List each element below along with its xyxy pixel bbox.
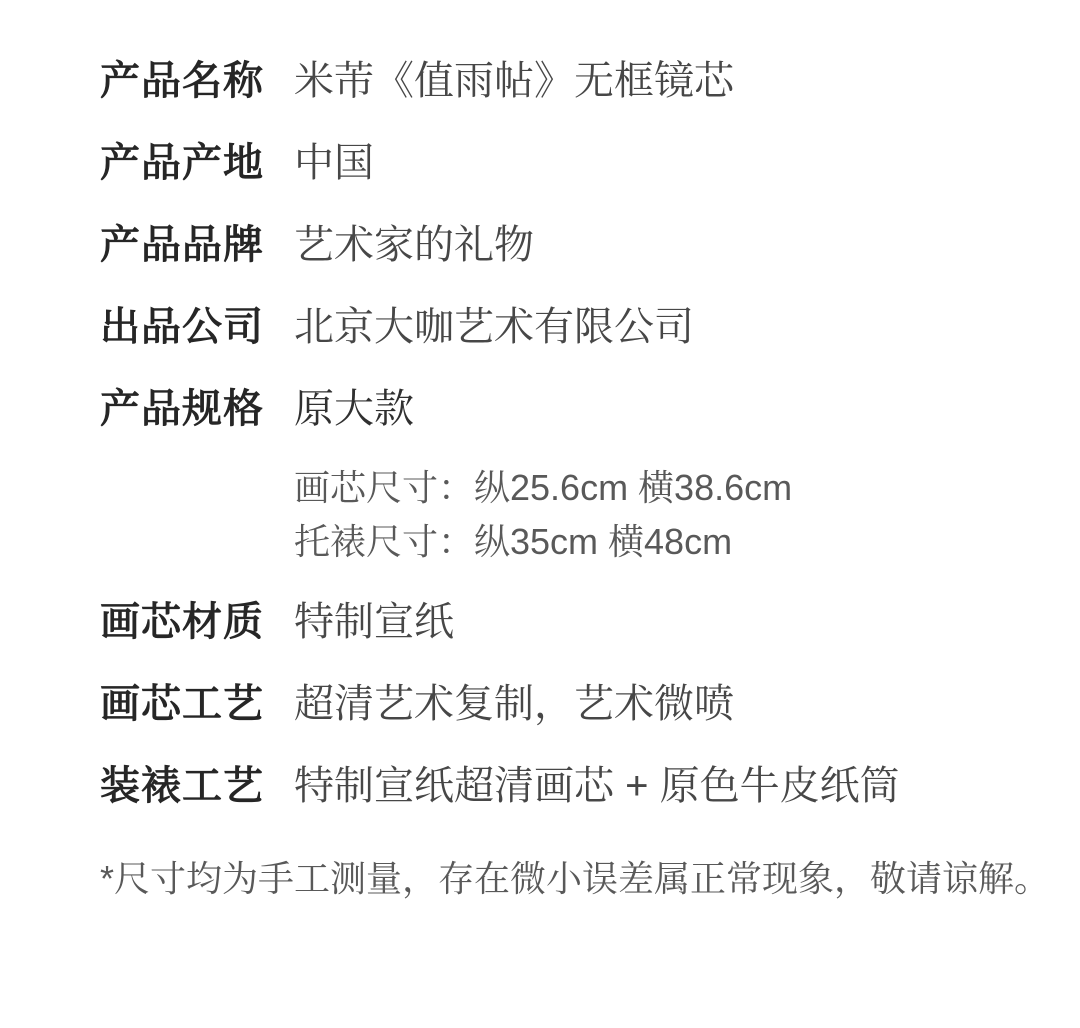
spec-row-mounting: 装裱工艺 特制宣纸超清画芯 + 原色牛皮纸筒 (100, 766, 1020, 806)
spec-value: 中国 (294, 143, 374, 183)
spec-label: 画芯工艺 (100, 684, 270, 724)
spec-row-company: 出品公司 北京大咖艺术有限公司 (100, 307, 1020, 347)
spec-row-origin: 产品产地 中国 (100, 143, 1020, 183)
spec-row-craft: 画芯工艺 超清艺术复制，艺术微喷 (100, 684, 1020, 724)
spec-label: 产品品牌 (100, 225, 270, 265)
spec-value: 超清艺术复制，艺术微喷 (294, 684, 734, 724)
spec-label: 画芯材质 (100, 602, 270, 642)
spec-value: 北京大咖艺术有限公司 (294, 307, 694, 347)
spec-value: 特制宣纸 (294, 602, 454, 642)
spec-label: 产品规格 (100, 389, 270, 429)
spec-label: 产品产地 (100, 143, 270, 183)
spec-row-product-name: 产品名称 米芾《值雨帖》无框镜芯 (100, 61, 1020, 101)
spec-value: 特制宣纸超清画芯 + 原色牛皮纸筒 (294, 766, 900, 806)
spec-row-specification: 产品规格 原大款 画芯尺寸：纵25.6cm 横38.6cm 托裱尺寸：纵35cm… (100, 389, 1020, 560)
spec-value: 米芾《值雨帖》无框镜芯 (294, 61, 734, 101)
spec-label: 产品名称 (100, 61, 270, 101)
spec-subline-core-size: 画芯尺寸：纵25.6cm 横38.6cm (294, 470, 792, 506)
spec-value: 艺术家的礼物 (294, 225, 534, 265)
spec-label: 出品公司 (100, 307, 270, 347)
spec-label: 装裱工艺 (100, 766, 270, 806)
spec-subline-mount-size: 托裱尺寸：纵35cm 横48cm (294, 524, 792, 560)
spec-row-brand: 产品品牌 艺术家的礼物 (100, 225, 1020, 265)
measurement-disclaimer: *尺寸均为手工测量，存在微小误差属正常现象，敬请谅解。 (100, 860, 1020, 898)
product-spec-sheet: 产品名称 米芾《值雨帖》无框镜芯 产品产地 中国 产品品牌 艺术家的礼物 出品公… (0, 0, 1080, 898)
spec-value-block: 原大款 画芯尺寸：纵25.6cm 横38.6cm 托裱尺寸：纵35cm 横48c… (294, 389, 792, 560)
spec-value: 原大款 (294, 389, 792, 429)
spec-row-material: 画芯材质 特制宣纸 (100, 602, 1020, 642)
